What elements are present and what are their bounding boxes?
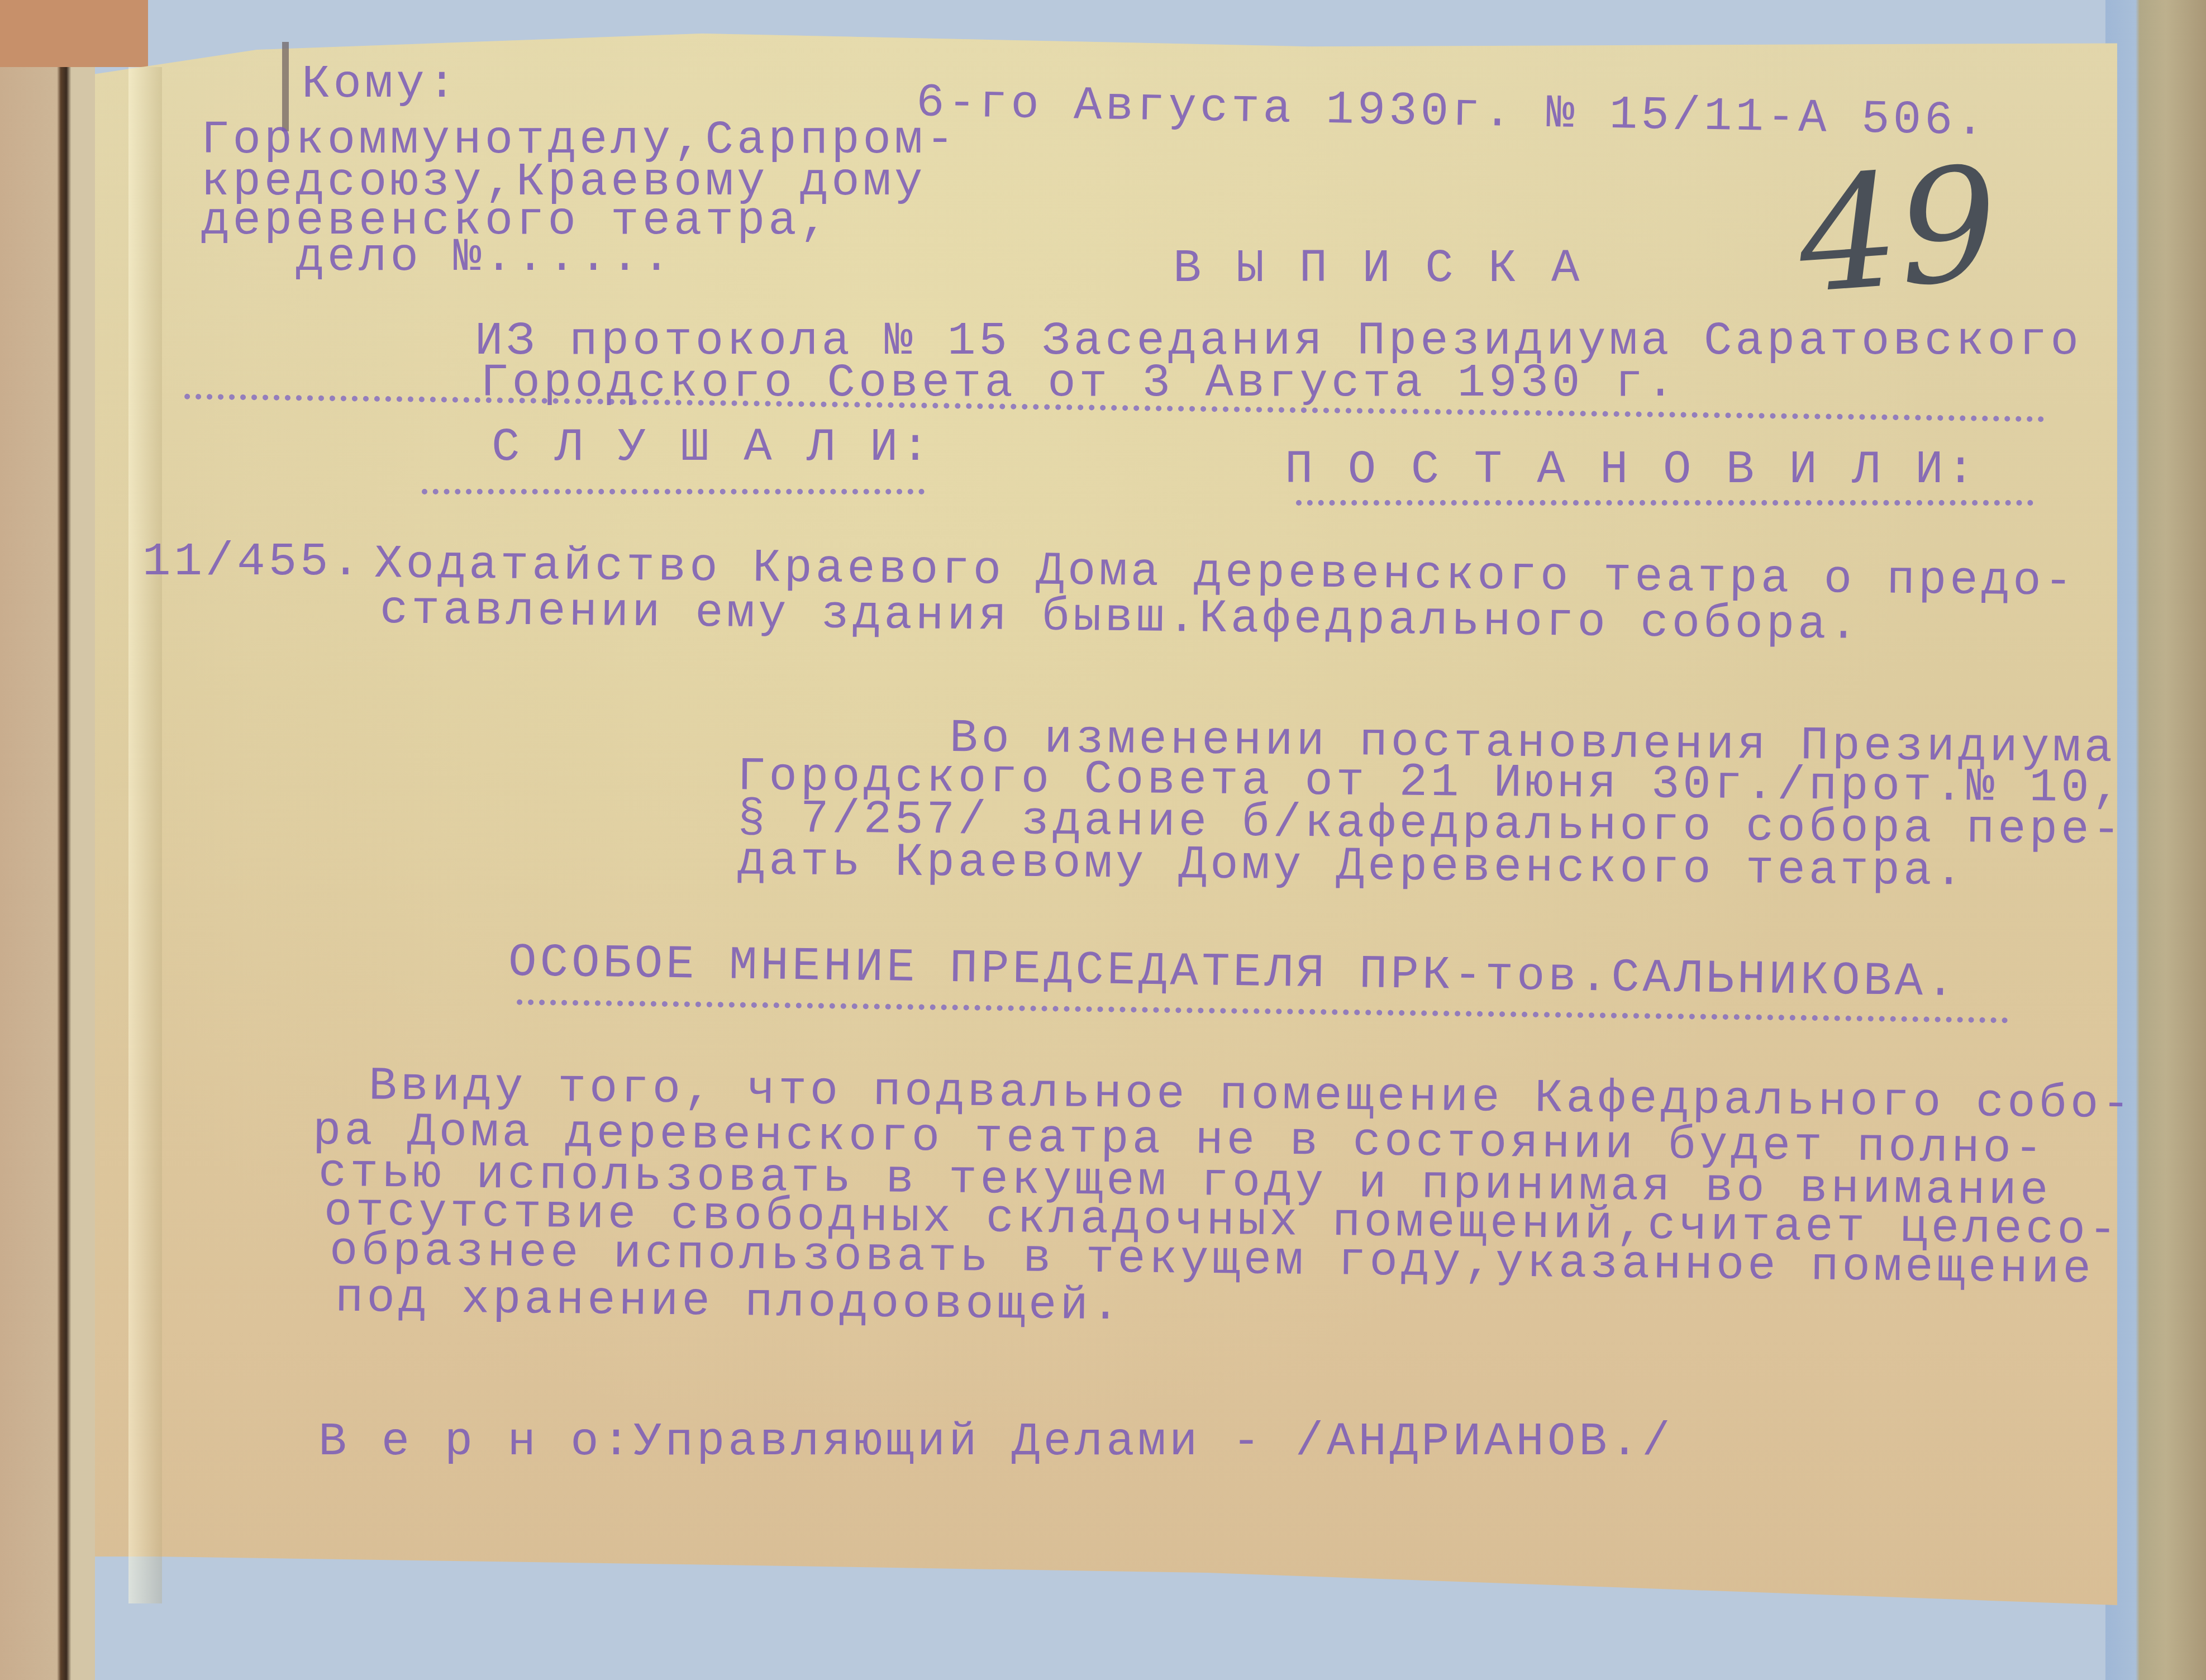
addressee-label: Кому: [302, 61, 459, 108]
heard-underline [422, 489, 925, 494]
resolved-underline [1296, 500, 2033, 506]
resolved-heading: П О С Т А Н О В И Л И: [1285, 447, 1978, 494]
folio-number: 49 [1793, 133, 2004, 329]
certification-signature: В е р н о:Управляющий Делами - /АНДРИАНО… [318, 1419, 1674, 1466]
document-title: В Ы П И С К А [1173, 246, 1583, 293]
binder-edge [0, 0, 95, 1680]
page-fold [128, 67, 162, 1603]
case-number: дело №...... [201, 235, 674, 282]
background-card [0, 0, 148, 67]
item-number: 11/455. [142, 539, 363, 586]
dissent-line: под хранение плодоовощей. [335, 1276, 1123, 1331]
resolution-line: дать Краевому Дому Деревенского театра. [737, 838, 1967, 896]
heard-heading: С Л У Ш А Л И: [492, 425, 933, 472]
